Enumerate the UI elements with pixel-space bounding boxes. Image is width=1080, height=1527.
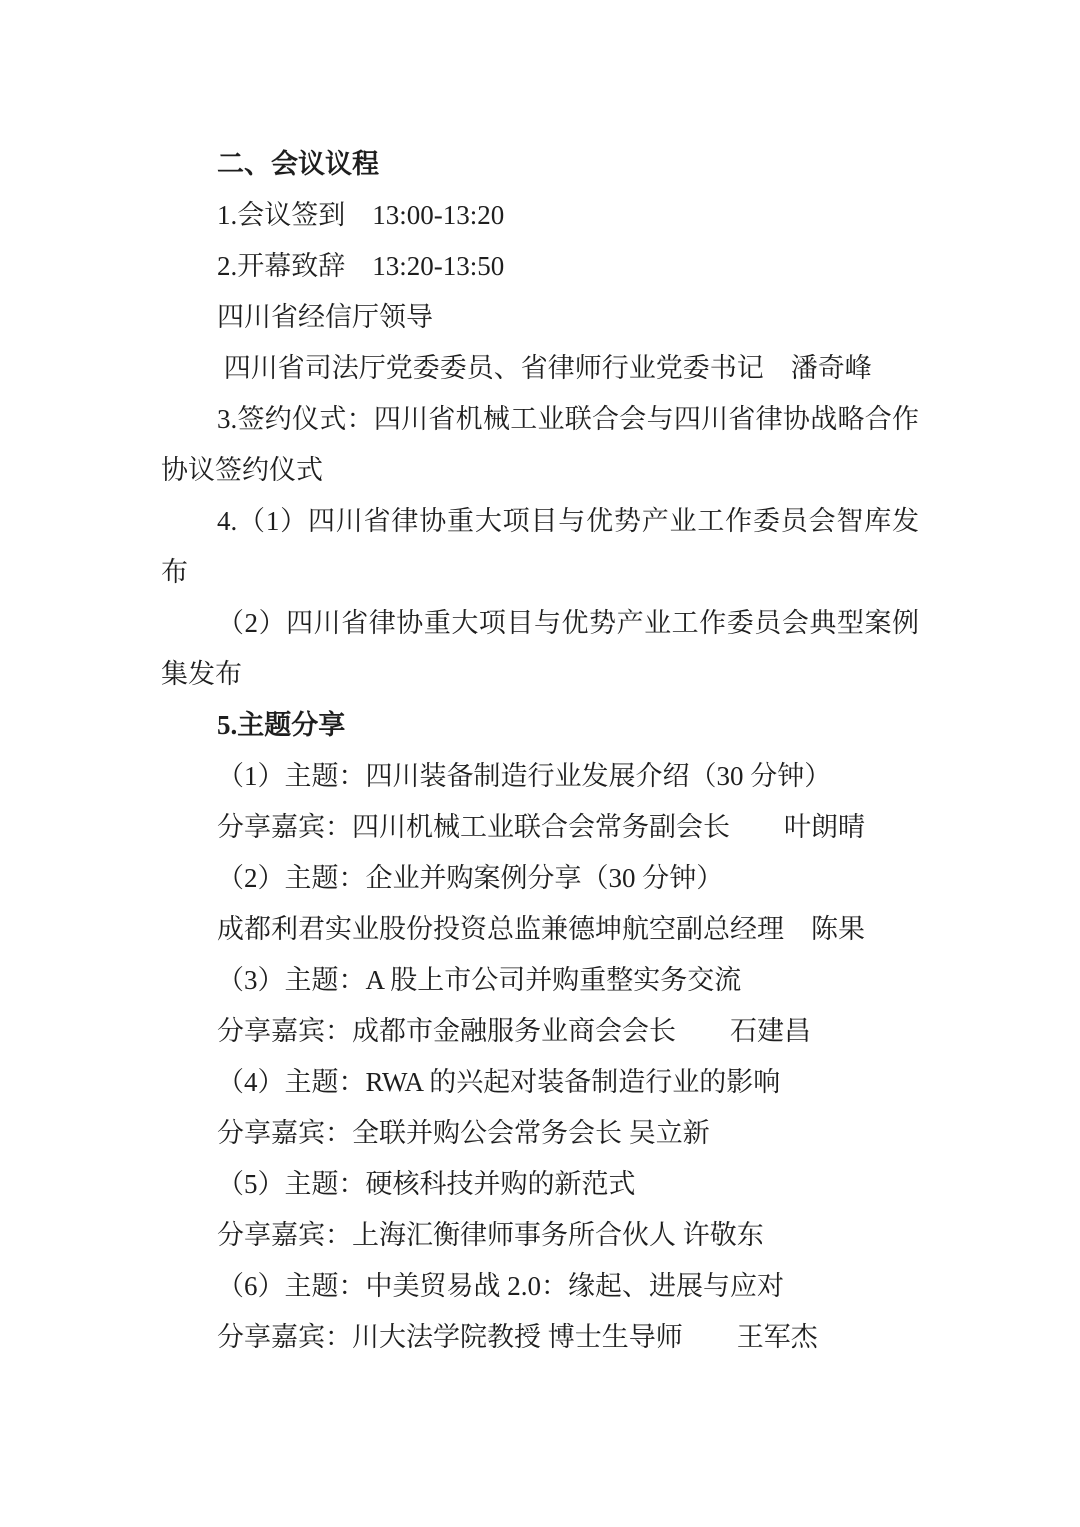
agenda-line: 4.（1）四川省律协重大项目与优势产业工作委员会智库发布 — [161, 496, 919, 598]
agenda-line: （5）主题：硬核科技并购的新范式 — [161, 1159, 919, 1210]
agenda-line: 四川省经信厅领导 — [161, 292, 919, 343]
section-heading: 二、会议议程 — [161, 139, 919, 190]
document-page: 二、会议议程 1.会议签到 13:00-13:202.开幕致辞 13:20-13… — [0, 0, 1080, 1527]
agenda-line: 分享嘉宾：上海汇衡律师事务所合伙人 许敬东 — [161, 1210, 919, 1261]
agenda-line: 分享嘉宾：全联并购公会常务会长 吴立新 — [161, 1108, 919, 1159]
agenda-line: 2.开幕致辞 13:20-13:50 — [161, 241, 919, 292]
agenda-line: 分享嘉宾：川大法学院教授 博士生导师 王军杰 — [161, 1312, 919, 1363]
agenda-line: 四川省司法厅党委委员、省律师行业党委书记 潘奇峰 — [161, 343, 919, 394]
agenda-line: （1）主题：四川装备制造行业发展介绍（30 分钟） — [161, 751, 919, 802]
agenda-line: （3）主题：A 股上市公司并购重整实务交流 — [161, 955, 919, 1006]
agenda-line: 1.会议签到 13:00-13:20 — [161, 190, 919, 241]
agenda-line: （2）四川省律协重大项目与优势产业工作委员会典型案例集发布 — [161, 598, 919, 700]
agenda-line: 5.主题分享 — [161, 700, 919, 751]
agenda-line: 3.签约仪式：四川省机械工业联合会与四川省律协战略合作协议签约仪式 — [161, 394, 919, 496]
agenda-line: 分享嘉宾：成都市金融服务业商会会长 石建昌 — [161, 1006, 919, 1057]
agenda-line: 分享嘉宾：四川机械工业联合会常务副会长 叶朗晴 — [161, 802, 919, 853]
agenda-line: 成都利君实业股份投资总监兼德坤航空副总经理 陈果 — [161, 904, 919, 955]
agenda-line: （2）主题：企业并购案例分享（30 分钟） — [161, 853, 919, 904]
document-content: 二、会议议程 1.会议签到 13:00-13:202.开幕致辞 13:20-13… — [161, 139, 919, 1363]
agenda-list: 1.会议签到 13:00-13:202.开幕致辞 13:20-13:50四川省经… — [161, 190, 919, 1363]
agenda-line: （4）主题：RWA 的兴起对装备制造行业的影响 — [161, 1057, 919, 1108]
agenda-line: （6）主题：中美贸易战 2.0：缘起、进展与应对 — [161, 1261, 919, 1312]
